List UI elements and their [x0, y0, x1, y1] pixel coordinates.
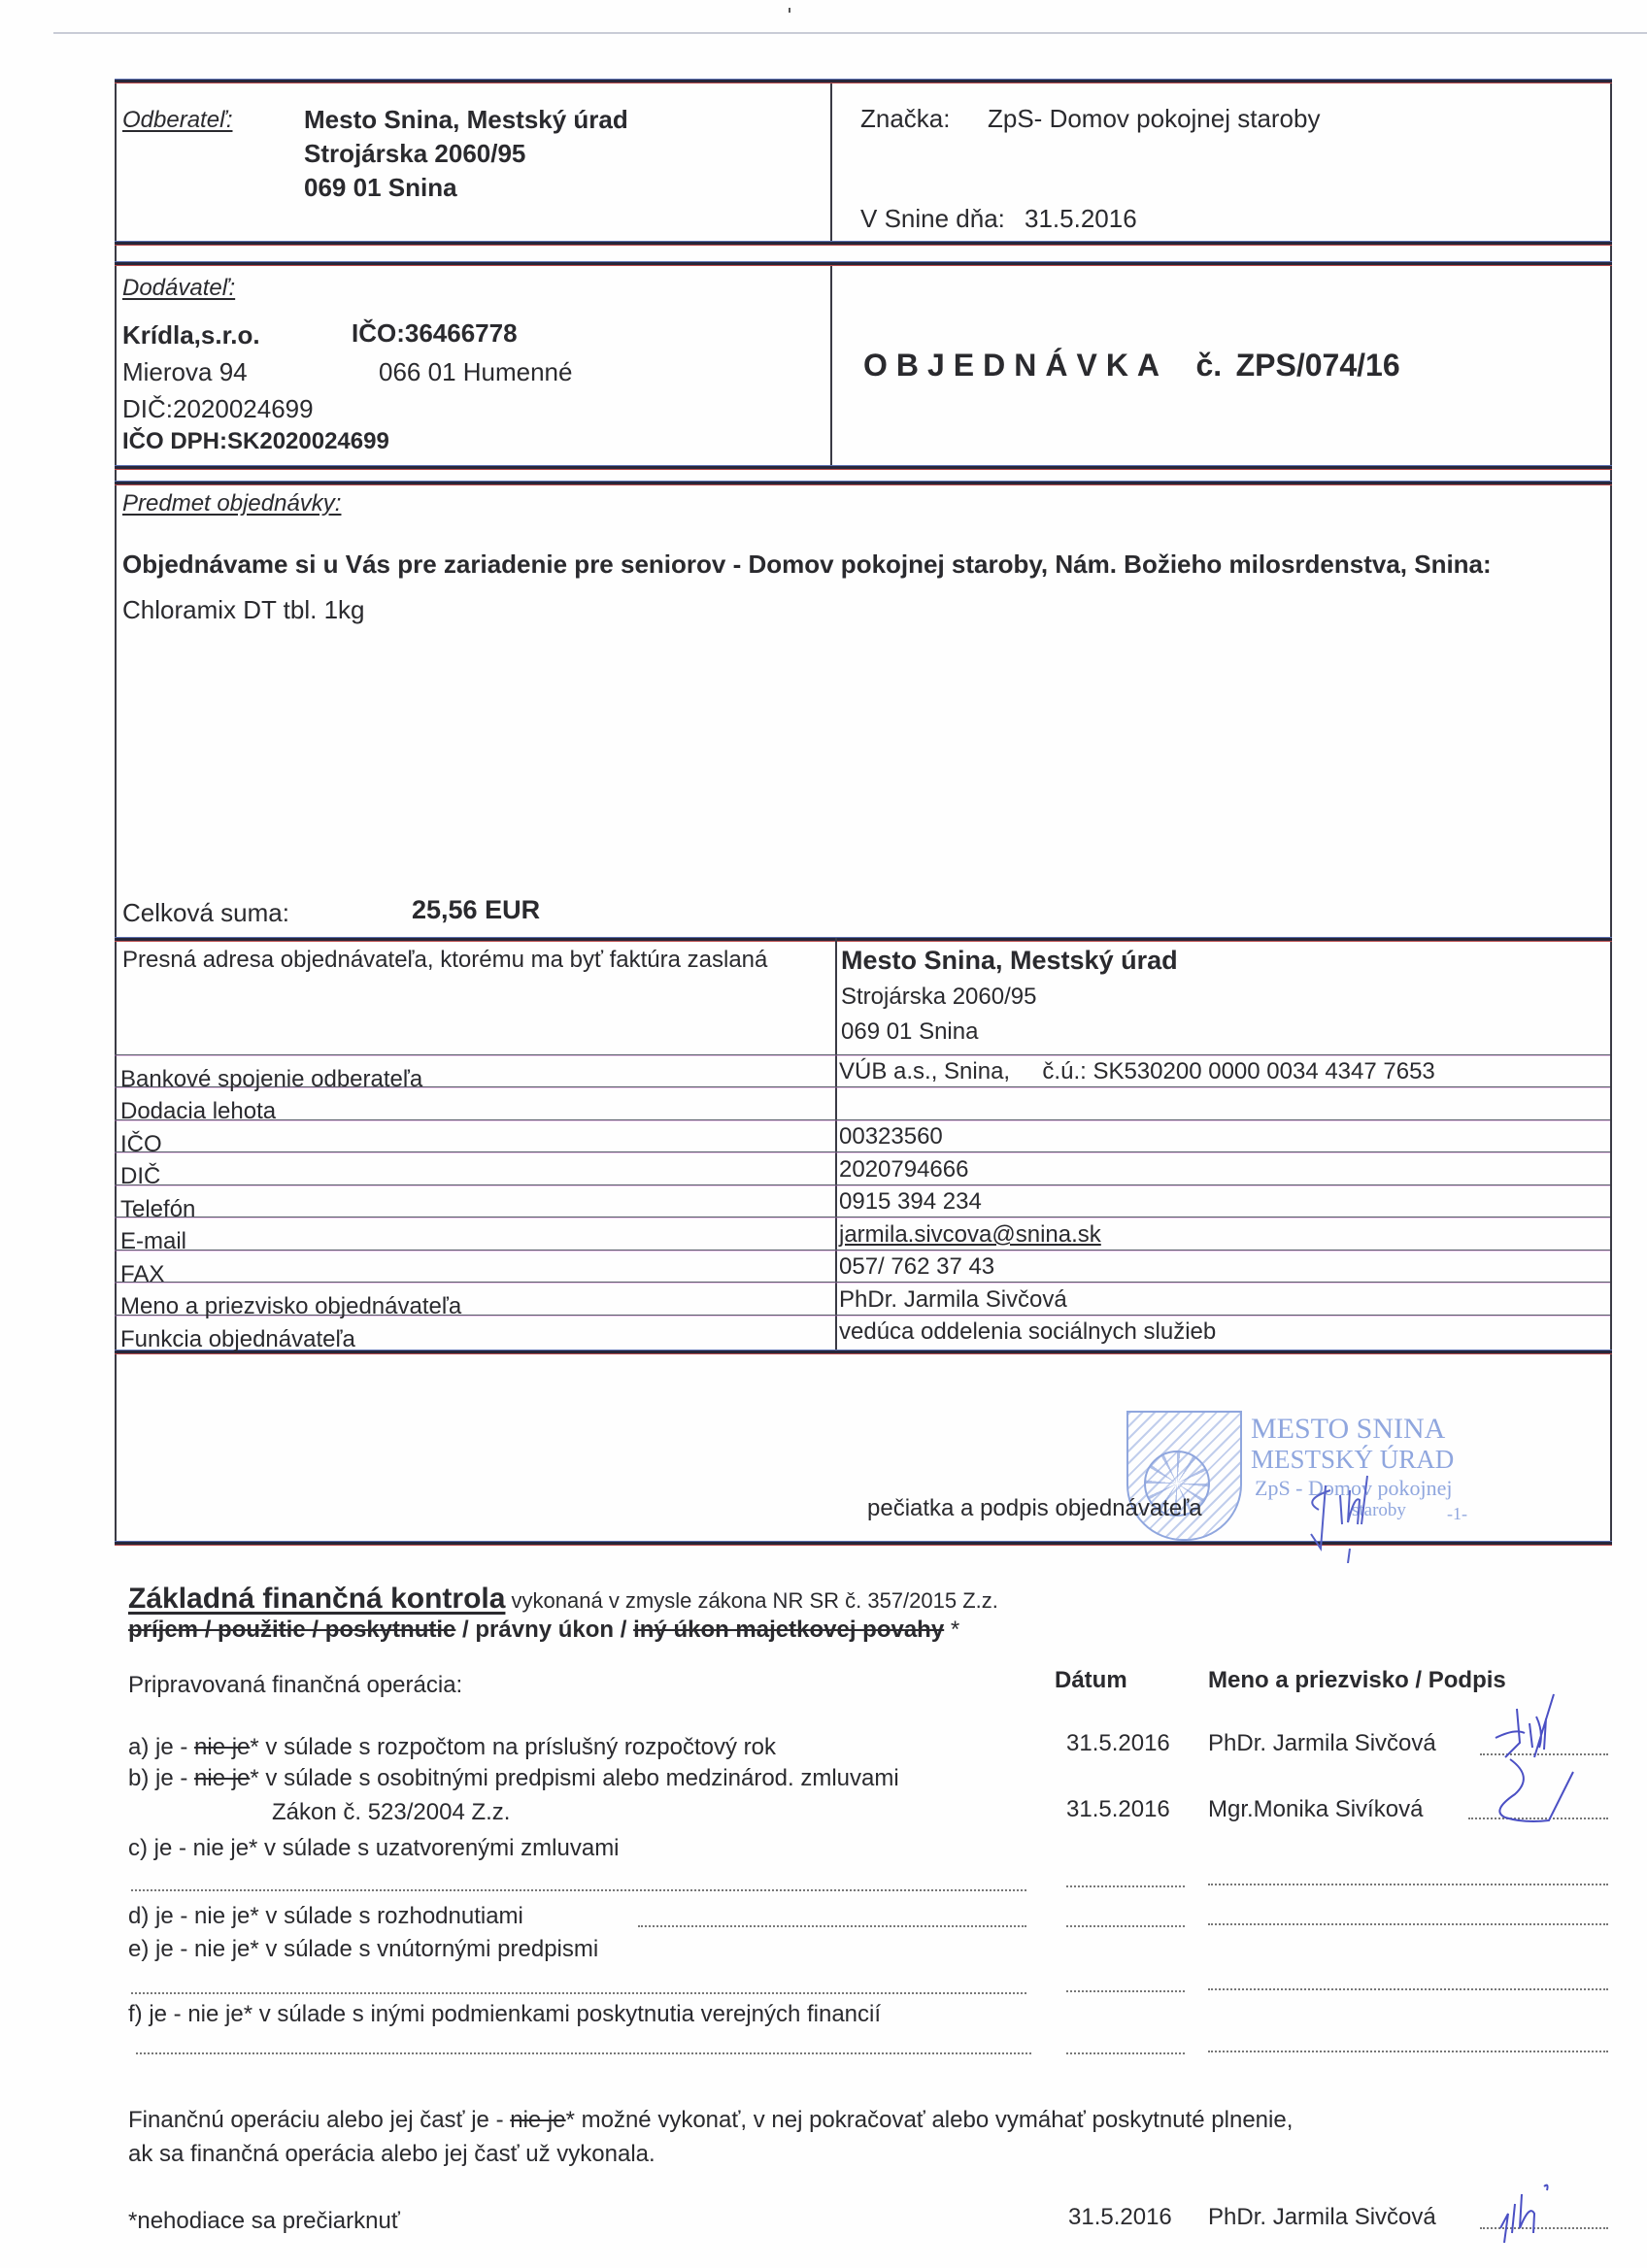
- row-value-dic: 2020794666: [839, 1156, 968, 1184]
- item-d-dotted-line: [638, 1925, 1026, 1927]
- item-e-name-line: [1208, 1988, 1608, 1990]
- types-star: *: [944, 1617, 959, 1643]
- buyer-name: Mesto Snina, Mestský úrad: [304, 105, 628, 135]
- invoice-address-label: Presná adresa objednávateľa, ktorému ma …: [122, 947, 767, 974]
- control-item-e: e) je - nie je* v súlade s vnútornými pr…: [128, 1936, 598, 1963]
- date-label: V Snine dňa:: [860, 204, 1005, 234]
- control-item-b-law: Zákon č. 523/2004 Z.z.: [272, 1799, 510, 1826]
- row-label-email: E-mail: [120, 1228, 186, 1255]
- order-title: OBJEDNÁVKA: [863, 348, 1168, 383]
- footnote: *nehodiace sa prečiarknuť: [128, 2208, 400, 2235]
- invoice-address-street: Strojárska 2060/95: [841, 984, 1036, 1011]
- row-label-orderer-function: Funkcia objednávateľa: [120, 1326, 355, 1353]
- invoice-address-name: Mesto Snina, Mestský úrad: [841, 946, 1178, 976]
- final-signature-icon: [1491, 2175, 1578, 2252]
- control-item-a: a) je - nie je* v súlade s rozpočtom na …: [128, 1734, 776, 1761]
- item-f-name-line: [1208, 2051, 1608, 2052]
- scan-line: [53, 32, 1647, 34]
- conclusion-line-1: Finančnú operáciu alebo jej časť je - ni…: [128, 2107, 1293, 2134]
- buyer-street: Strojárska 2060/95: [304, 139, 525, 169]
- row-value-orderer-function: vedúca oddelenia sociálnych služieb: [839, 1318, 1216, 1346]
- buyer-city: 069 01 Snina: [304, 173, 457, 203]
- item-a-date: 31.5.2016: [1066, 1730, 1170, 1757]
- orderer-signature-icon: [1292, 1456, 1398, 1563]
- row-value-orderer-name: PhDr. Jarmila Sivčová: [839, 1286, 1067, 1314]
- control-title: Základná finančná kontrola: [128, 1583, 505, 1615]
- order-number: ZPS/074/16: [1236, 348, 1400, 383]
- row-value-ico: 00323560: [839, 1123, 943, 1151]
- column-date-header: Dátum: [1055, 1667, 1127, 1694]
- supplier-city: 066 01 Humenné: [379, 357, 572, 387]
- column-name-signature-header: Meno a priezvisko / Podpis: [1208, 1667, 1506, 1694]
- conclusion-line-2: ak sa finančná operácia alebo jej časť u…: [128, 2141, 655, 2168]
- subject-intro: Objednávame si u Vás pre zariadenie pre …: [122, 550, 1492, 580]
- stamp-line-1: MESTO SNINA: [1251, 1413, 1445, 1446]
- row-label-delivery: Dodacia lehota: [120, 1098, 276, 1125]
- item-d-date-line: [1066, 1925, 1185, 1927]
- buyer-label: Odberateľ:: [122, 107, 232, 134]
- control-item-b: b) je - nie je* v súlade s osobitnými pr…: [128, 1765, 899, 1792]
- total-label: Celková suma:: [122, 898, 289, 928]
- total-value: 25,56 EUR: [412, 895, 540, 925]
- mark-value: ZpS- Domov pokojnej staroby: [988, 104, 1320, 134]
- invoice-address-city: 069 01 Snina: [841, 1018, 978, 1046]
- item-b-date: 31.5.2016: [1066, 1796, 1170, 1823]
- control-item-c: c) je - nie je* v súlade s uzatvorenými …: [128, 1835, 620, 1862]
- supplier-label: Dodávateľ:: [122, 275, 235, 302]
- row-value-email-link[interactable]: jarmila.sivcova@snina.sk: [839, 1221, 1101, 1249]
- order-number-prefix: č.: [1195, 348, 1222, 383]
- row-label-dic: DIČ: [120, 1163, 160, 1190]
- final-date: 31.5.2016: [1068, 2204, 1172, 2231]
- final-name: PhDr. Jarmila Sivčová: [1208, 2204, 1436, 2231]
- control-signatures-icon: [1476, 1689, 1612, 1825]
- supplier-ico: IČO:36466778: [352, 318, 518, 349]
- subject-label: Predmet objednávky:: [122, 490, 341, 517]
- supplier-dic: DIČ:2020024699: [122, 394, 314, 424]
- row-value-fax: 057/ 762 37 43: [839, 1253, 994, 1281]
- item-c-dotted-line: [131, 1889, 1026, 1891]
- operation-types: príjem / použitie / poskytnutie / právny…: [128, 1617, 959, 1644]
- item-f-dotted-line: [136, 2052, 1031, 2054]
- row-label-orderer-name: Meno a priezvisko objednávateľa: [120, 1293, 461, 1320]
- control-item-d: d) je - nie je* v súlade s rozhodnutiami: [128, 1903, 523, 1930]
- stamp-caption: pečiatka a podpis objednávateľa: [867, 1495, 1202, 1522]
- row-value-bank: VÚB a.s., Snina, č.ú.: SK530200 0000 003…: [839, 1058, 1435, 1085]
- item-a-name: PhDr. Jarmila Sivčová: [1208, 1730, 1436, 1757]
- scan-mark: [789, 8, 790, 13]
- types-struck-1: príjem / použitie / poskytnutie: [128, 1617, 455, 1643]
- row-label-fax: FAX: [120, 1261, 164, 1288]
- row-label-phone: Telefón: [120, 1196, 195, 1223]
- item-c-name-line: [1208, 1884, 1608, 1885]
- row-value-phone: 0915 394 234: [839, 1188, 982, 1216]
- item-e-date-line: [1066, 1990, 1185, 1992]
- supplier-street: Mierova 94: [122, 357, 248, 387]
- subject-item: Chloramix DT tbl. 1kg: [122, 595, 365, 625]
- types-struck-2: iný úkon majetkovej povahy: [633, 1617, 944, 1643]
- item-c-date-line: [1066, 1885, 1185, 1887]
- control-title-suffix: vykonaná v zmysle zákona NR SR č. 357/20…: [505, 1588, 997, 1613]
- order-title-block: OBJEDNÁVKA č. ZPS/074/16: [863, 348, 1400, 384]
- date-value: 31.5.2016: [1025, 204, 1137, 234]
- item-d-name-line: [1208, 1923, 1608, 1925]
- prepared-operation-label: Pripravovaná finančná operácia:: [128, 1672, 462, 1699]
- item-f-date-line: [1066, 2052, 1185, 2054]
- row-label-ico: IČO: [120, 1131, 162, 1158]
- control-heading: Základná finančná kontrola vykonaná v zm…: [128, 1583, 998, 1616]
- item-b-name: Mgr.Monika Sivíková: [1208, 1796, 1423, 1823]
- item-e-dotted-line: [131, 1992, 1026, 1994]
- supplier-ic-dph: IČO DPH:SK2020024699: [122, 428, 389, 455]
- supplier-name: Krídla,s.r.o.: [122, 320, 260, 350]
- types-kept: / právny úkon /: [455, 1617, 633, 1643]
- stamp-number: -1-: [1447, 1504, 1467, 1524]
- row-label-bank: Bankové spojenie odberateľa: [120, 1066, 422, 1093]
- control-item-f: f) je - nie je* v súlade s inými podmien…: [128, 2001, 881, 2028]
- mark-label: Značka:: [860, 104, 951, 134]
